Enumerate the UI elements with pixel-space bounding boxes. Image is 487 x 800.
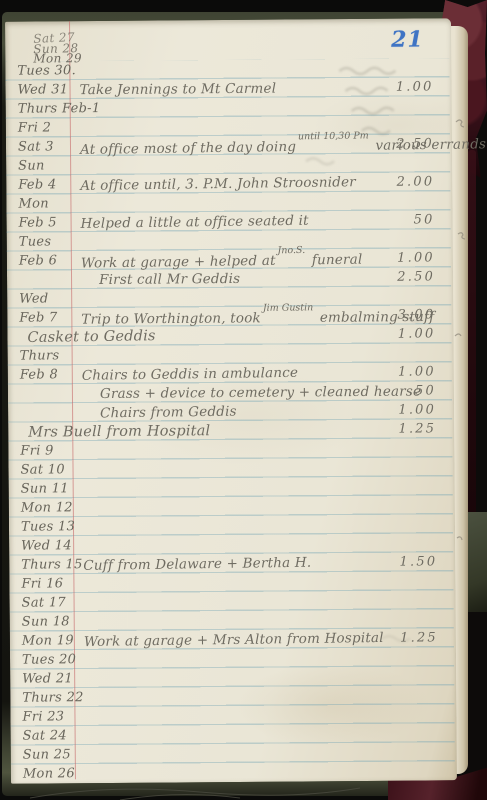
row-date: Mon 26 xyxy=(23,766,81,781)
row-date: Wed 31 xyxy=(17,82,75,97)
row-amount: 1.00 xyxy=(335,250,435,266)
scanned-ledger-photo: 21 Sat 27Sun 28Mon 29 Tues 30.Wed 31Take… xyxy=(0,0,487,800)
ledger-row: Mon 26 xyxy=(11,763,457,786)
row-amount: 2.50 xyxy=(334,136,434,152)
row-date: Fri 16 xyxy=(21,576,79,591)
carryover-dates: Sat 27Sun 28Mon 29 xyxy=(5,21,451,65)
row-date: Fri 23 xyxy=(22,709,80,724)
row-amount: 2.00 xyxy=(334,174,434,190)
row-date: Wed xyxy=(19,291,77,306)
row-entry: First call Mr Geddis xyxy=(99,271,240,288)
row-date: Sun 18 xyxy=(22,614,80,629)
row-amount: .50 xyxy=(336,383,436,399)
row-date: Wed 14 xyxy=(21,538,79,553)
row-date: Tues xyxy=(19,234,77,249)
row-entry: At office until, 3. P.M. John Stroosnide… xyxy=(80,174,356,194)
row-entry: Chairs to Geddis in ambulance xyxy=(82,365,299,384)
row-date: Feb 5 xyxy=(19,215,77,230)
row-date: Mon 12 xyxy=(21,500,79,515)
row-date: Sat 3 xyxy=(18,139,76,154)
row-amount: 1.25 xyxy=(336,421,436,437)
row-date: Thurs Feb-1 xyxy=(18,101,76,116)
row-date: Thurs 22 xyxy=(22,690,80,705)
row-entry-superscript: Jim Gustin xyxy=(263,302,314,313)
row-date: Tues 30. xyxy=(17,63,75,78)
row-date: Sat 10 xyxy=(20,462,78,477)
row-entry: Take Jennings to Mt Carmel xyxy=(79,81,276,99)
row-date: Fri 2 xyxy=(18,120,76,135)
row-date: Mon xyxy=(18,196,76,211)
row-date: Tues 13 xyxy=(21,519,79,534)
row-entry: Work at garage + helped atJno.S. funeral xyxy=(81,250,363,271)
row-date: Sun 25 xyxy=(23,747,81,762)
row-date: Feb 7 xyxy=(19,310,77,325)
row-amount: 1.50 xyxy=(337,554,437,570)
row-amount: 1.00 xyxy=(335,326,435,342)
ledger-page: 21 Sat 27Sun 28Mon 29 Tues 30.Wed 31Take… xyxy=(5,18,457,783)
row-amount: 1.00 xyxy=(336,402,436,418)
row-amount: 1.00 xyxy=(336,364,436,380)
row-date: Feb 4 xyxy=(18,177,76,192)
row-date: Sun xyxy=(18,158,76,173)
row-date: Mon 19 xyxy=(22,633,80,648)
row-amount: 1.00 xyxy=(333,79,433,95)
row-entry: Casket to Geddis xyxy=(27,328,155,346)
row-date: Thurs xyxy=(20,348,78,363)
row-date: Feb 6 xyxy=(19,253,77,268)
ledger-rows: Tues 30.Wed 31Take Jennings to Mt Carmel… xyxy=(5,60,457,785)
row-entry: Mrs Buell from Hospital xyxy=(28,423,210,440)
row-entry: Chairs from Geddis xyxy=(100,404,237,422)
row-date: Tues 20 xyxy=(22,652,80,667)
row-amount: 3.00 xyxy=(335,307,435,323)
row-date: Sun 11 xyxy=(21,481,79,496)
row-date: Feb 8 xyxy=(20,367,78,382)
row-amount: 50 xyxy=(335,212,435,228)
row-entry-superscript: Jno.S. xyxy=(277,245,305,256)
row-amount: 2.50 xyxy=(335,269,435,285)
row-entry: Cuff from Delaware + Bertha H. xyxy=(83,555,311,574)
row-date: Sat 24 xyxy=(23,728,81,743)
row-date: Sat 17 xyxy=(22,595,80,610)
row-entry: Helped a little at office seated it xyxy=(80,213,308,232)
row-date: Thurs 15 xyxy=(21,557,79,572)
row-date: Wed 21 xyxy=(22,671,80,686)
row-amount: 1.25 xyxy=(338,630,438,646)
book-cover-streak xyxy=(468,150,476,570)
row-date: Fri 9 xyxy=(20,443,78,458)
